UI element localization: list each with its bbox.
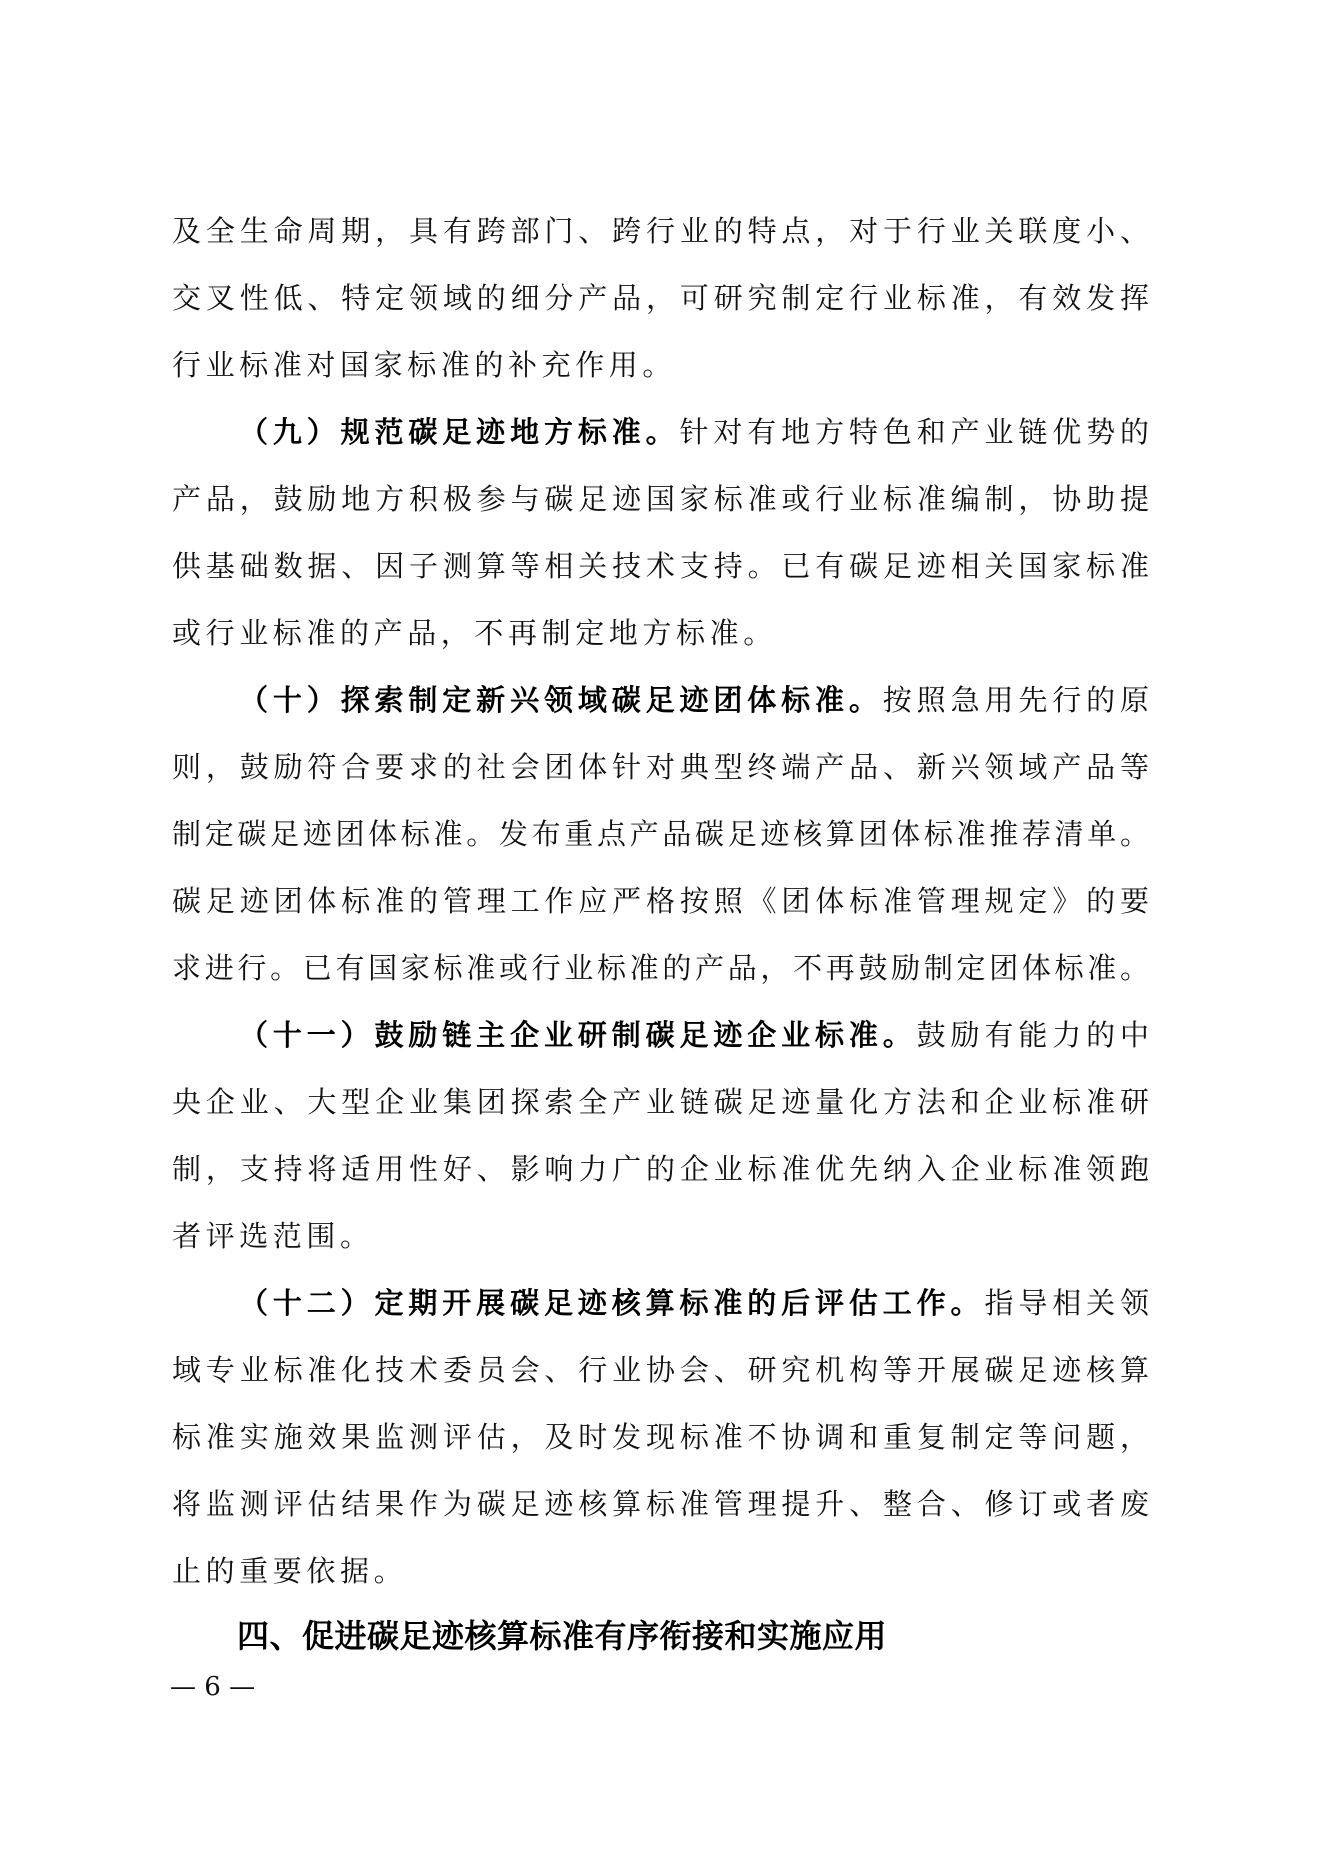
body-text-line: 求进行。已有国家标准或行业标准的产品，不再鼓励制定团体标准。: [172, 948, 1150, 988]
body-text-line: 供基础数据、因子测算等相关技术支持。已有碳足迹相关国家标准: [172, 546, 1150, 586]
body-text: 按照急用先行的原: [883, 683, 1150, 717]
body-text-line: 将监测评估结果作为碳足迹核算标准管理提升、整合、修订或者废: [172, 1484, 1150, 1524]
body-text-line: 标准实施效果监测评估，及时发现标准不协调和重复制定等问题，: [172, 1417, 1150, 1457]
paragraph-heading-10: （十）探索制定新兴领域碳足迹团体标准。: [239, 683, 883, 717]
body-text: 指导相关领: [984, 1286, 1150, 1320]
paragraph-heading-9: （九）规范碳足迹地方标准。: [239, 415, 680, 449]
section-heading: 四、促进碳足迹核算标准有序衔接和实施应用: [237, 1614, 887, 1658]
paragraph-heading-line: （九）规范碳足迹地方标准。针对有地方特色和产业链优势的: [239, 412, 1150, 452]
paragraph-heading-line: （十）探索制定新兴领域碳足迹团体标准。按照急用先行的原: [239, 680, 1150, 720]
paragraph-heading-line: （十一）鼓励链主企业研制碳足迹企业标准。鼓励有能力的中: [239, 1015, 1150, 1055]
body-text-line: 交叉性低、特定领域的细分产品，可研究制定行业标准，有效发挥: [172, 278, 1150, 318]
body-text-line: 制，支持将适用性好、影响力广的企业标准优先纳入企业标准领跑: [172, 1149, 1150, 1189]
body-text-line: 央企业、大型企业集团探索全产业链碳足迹量化方法和企业标准研: [172, 1082, 1150, 1122]
body-text: 针对有地方特色和产业链优势的: [680, 415, 1151, 449]
body-text-line: 则，鼓励符合要求的社会团体针对典型终端产品、新兴领域产品等: [172, 747, 1150, 787]
body-text-line: 或行业标准的产品，不再制定地方标准。: [172, 613, 1150, 653]
body-text: 鼓励有能力的中: [917, 1018, 1150, 1052]
body-text-line: 者评选范围。: [172, 1216, 1150, 1256]
body-text-line: 域专业标准化技术委员会、行业协会、研究机构等开展碳足迹核算: [172, 1350, 1150, 1390]
document-page: 及全生命周期，具有跨部门、跨行业的特点，对于行业关联度小、 交叉性低、特定领域的…: [0, 0, 1323, 1871]
body-text-line: 制定碳足迹团体标准。发布重点产品碳足迹核算团体标准推荐清单。: [172, 814, 1150, 854]
page-number: — 6 —: [170, 1672, 255, 1702]
body-text-line: 行业标准对国家标准的补充作用。: [172, 345, 1150, 385]
body-text-line: 产品，鼓励地方积极参与碳足迹国家标准或行业标准编制，协助提: [172, 479, 1150, 519]
paragraph-heading-12: （十二）定期开展碳足迹核算标准的后评估工作。: [239, 1286, 984, 1320]
paragraph-heading-line: （十二）定期开展碳足迹核算标准的后评估工作。指导相关领: [239, 1283, 1150, 1323]
paragraph-heading-11: （十一）鼓励链主企业研制碳足迹企业标准。: [239, 1018, 917, 1052]
body-text-line: 及全生命周期，具有跨部门、跨行业的特点，对于行业关联度小、: [172, 211, 1150, 251]
body-text-line: 止的重要依据。: [172, 1551, 1150, 1591]
body-text-line: 碳足迹团体标准的管理工作应严格按照《团体标准管理规定》的要: [172, 881, 1150, 921]
